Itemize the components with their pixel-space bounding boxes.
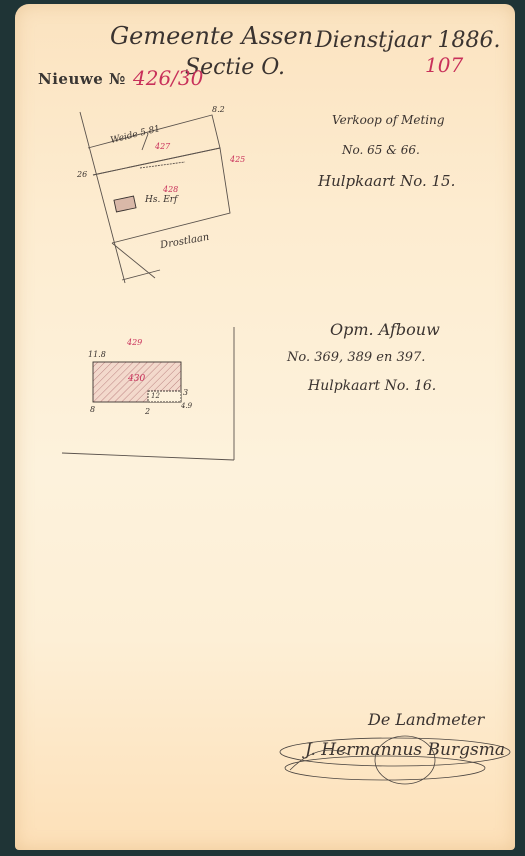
signature-flourish [0, 0, 525, 856]
